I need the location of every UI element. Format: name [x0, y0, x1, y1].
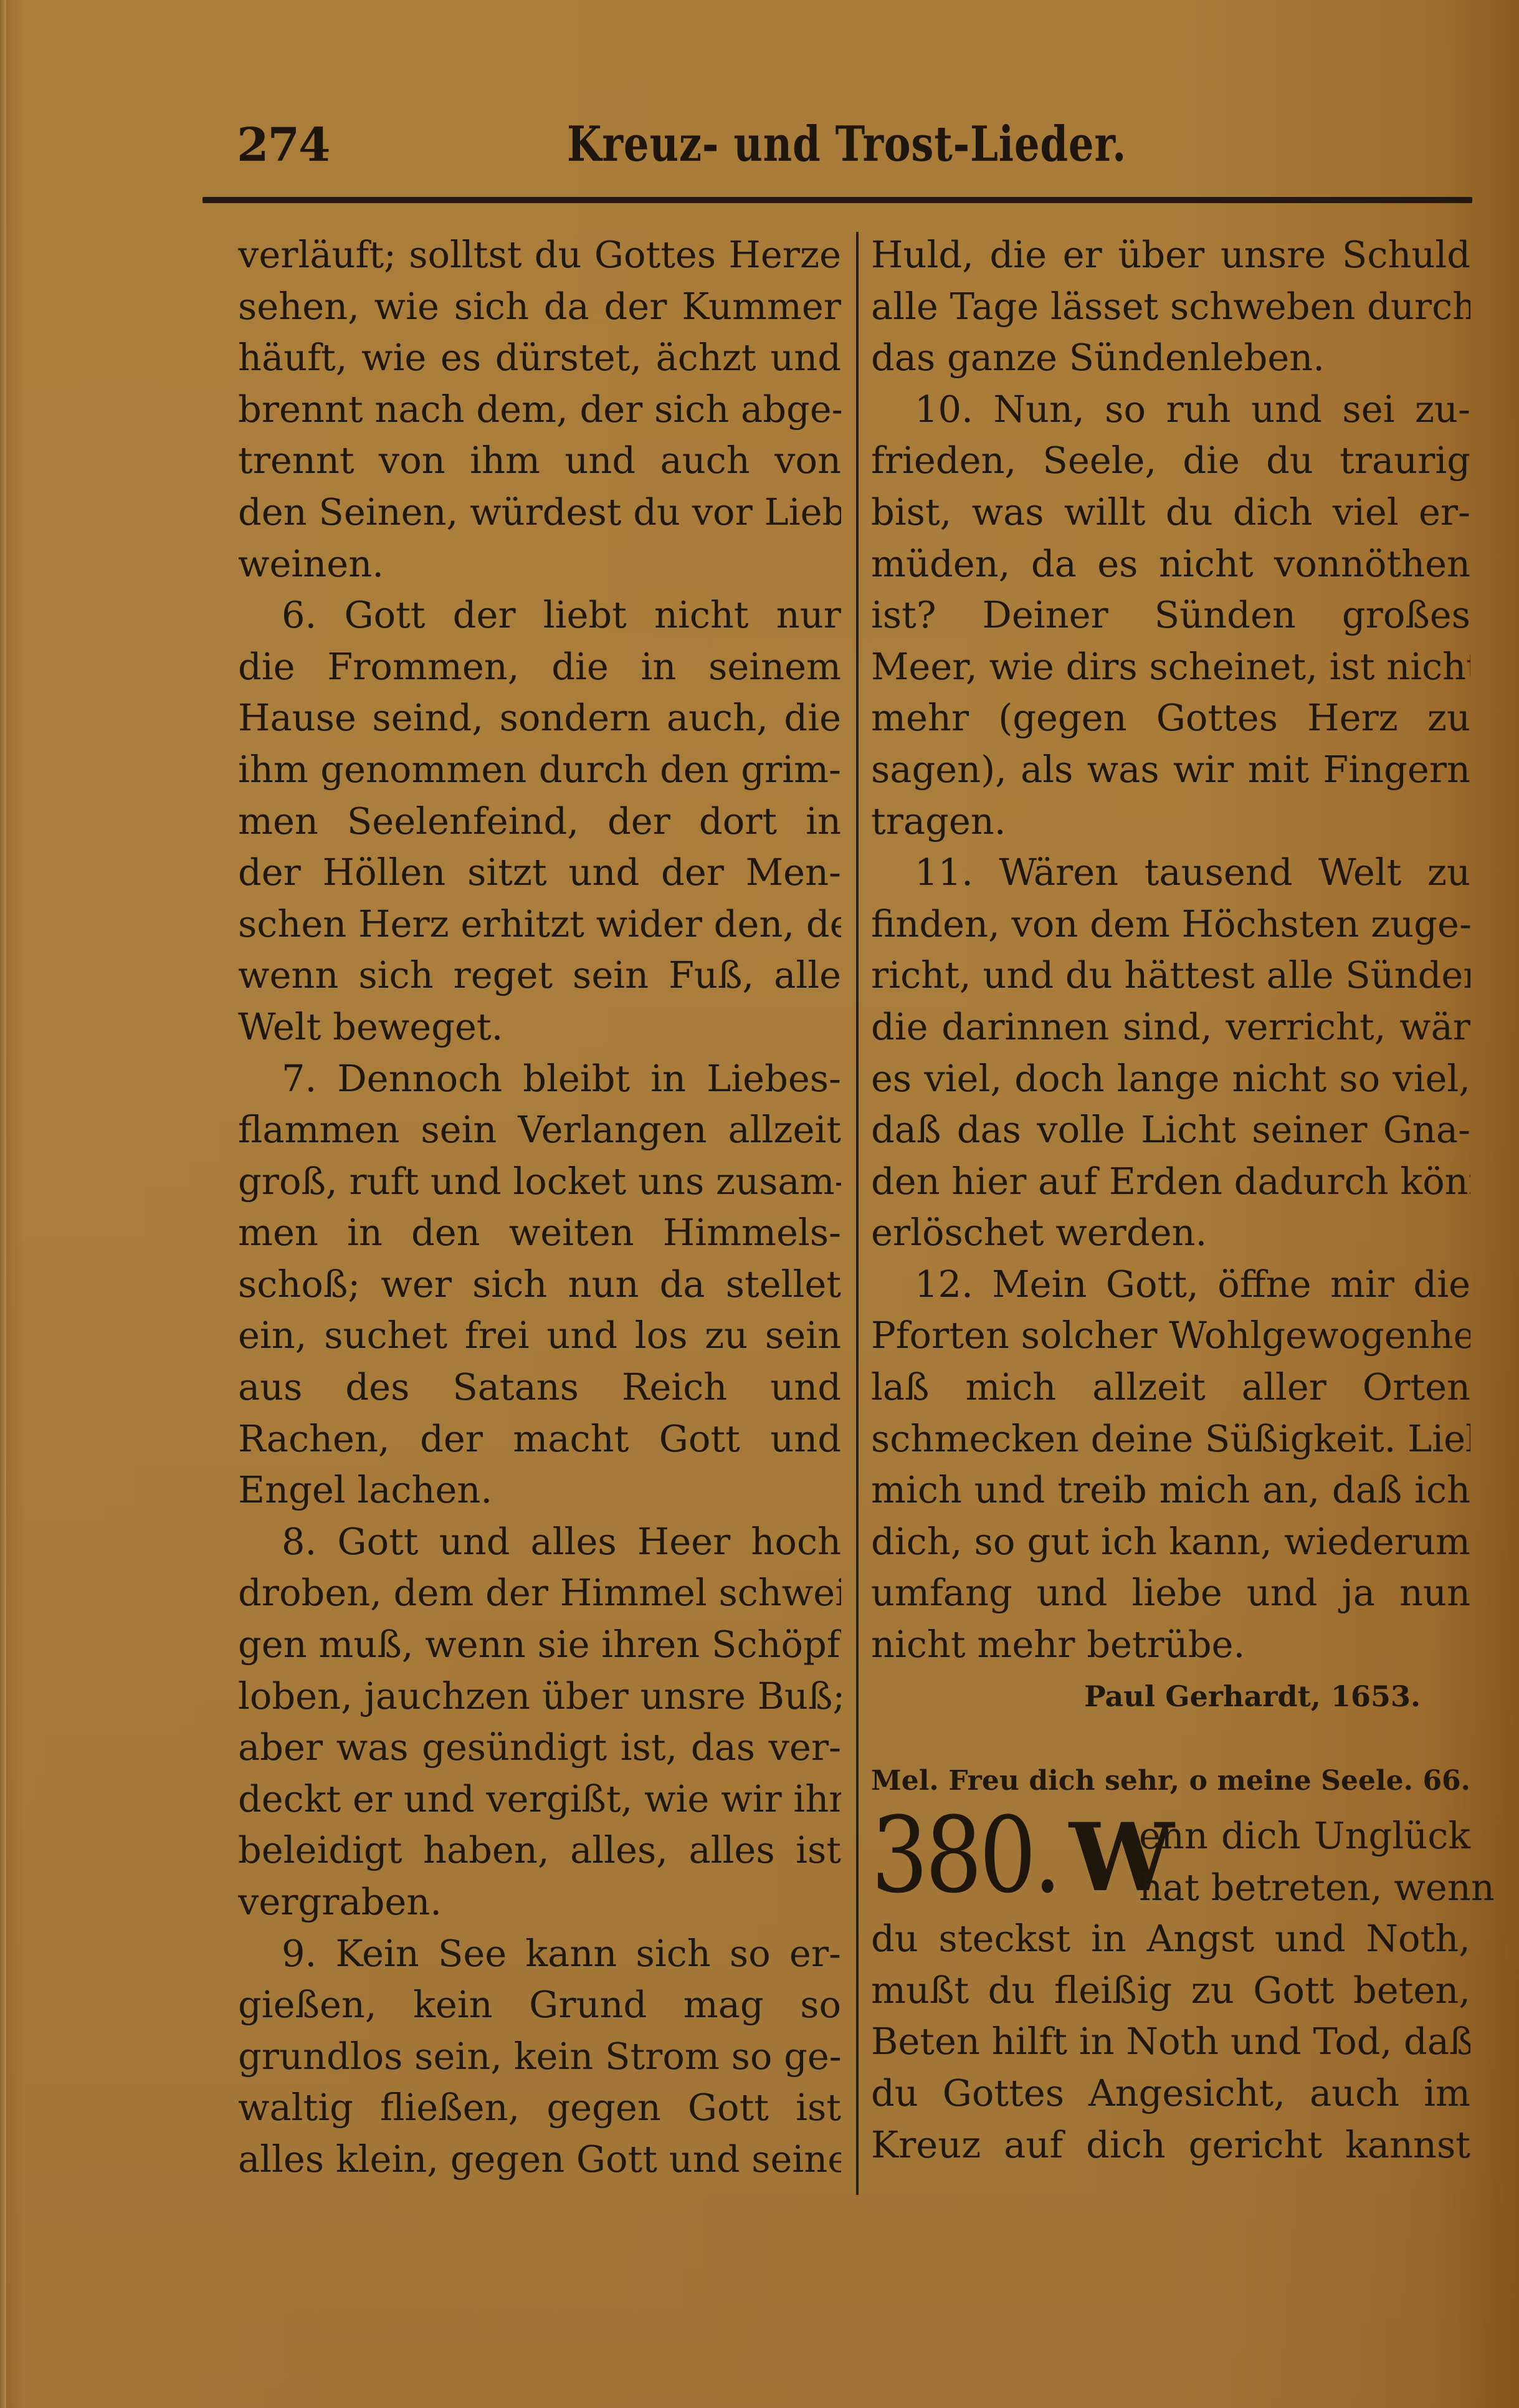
column-divider: [856, 232, 859, 2195]
text-line: ihm genommen durch den grim-: [238, 744, 841, 796]
text-line: Huld, die er über unsre Schuld: [871, 229, 1470, 281]
running-title: Kreuz- und Trost-Lieder.: [567, 116, 1126, 173]
text-line: gießen, kein Grund mag so: [238, 1979, 841, 2031]
text-line: Hause seind, sondern auch, die: [238, 692, 841, 744]
text-line: schmecken deine Süßigkeit. Liebe: [871, 1413, 1470, 1465]
text-line: schen Herz erhitzt wider den, der,: [238, 899, 841, 950]
text-line: frieden, Seele, die du traurig: [871, 435, 1470, 487]
page-edge: [0, 0, 6, 2408]
text-line: tragen.: [871, 796, 1470, 848]
text-line: die Frommen, die in seinem: [238, 641, 841, 693]
header-rule: [202, 197, 1472, 203]
text-line: Engel lachen.: [238, 1464, 841, 1516]
text-line: brennt nach dem, der sich abge-: [238, 384, 841, 436]
text-line: es viel, doch lange nicht so viel,: [871, 1053, 1470, 1105]
text-line: Beten hilft in Noth und Tod, daß: [871, 2016, 1470, 2068]
hymn-number: 380.: [871, 1799, 1059, 1911]
text-line: Meer, wie dirs scheinet, ist nicht: [871, 641, 1470, 693]
text-line: loben, jauchzen über unsre Buß;: [238, 1671, 841, 1722]
text-line: enn dich Unglück: [1139, 1810, 1470, 1862]
text-line: dich, so gut ich kann, wiederum: [871, 1516, 1470, 1568]
page-number: 274: [237, 118, 329, 172]
text-line: finden, von dem Höchsten zuge-: [871, 899, 1470, 950]
text-line: die darinnen sind, verricht, wär: [871, 1001, 1470, 1053]
text-line: den Seinen, würdest du vor Liebe: [238, 487, 841, 538]
text-line: alles klein, gegen Gott und seine: [238, 2134, 841, 2186]
text-line: umfang und liebe und ja nun: [871, 1567, 1470, 1619]
text-line: ein, suchet frei und los zu sein: [238, 1310, 841, 1362]
text-line: Pforten solcher Wohlgewogenheit;: [871, 1310, 1470, 1362]
text-line: müden, da es nicht vonnöthen: [871, 538, 1470, 590]
text-line: waltig fließen, gegen Gott ist: [238, 2082, 841, 2134]
text-line: verläuft; solltst du Gottes Herze: [238, 229, 841, 281]
verse-10-start: 10. Nun, so ruh und sei zu-: [871, 384, 1470, 436]
author-attribution: Paul Gerhardt, 1653.: [871, 1671, 1470, 1722]
left-column: verläuft; solltst du Gottes Herze sehen,…: [238, 229, 841, 2186]
text-line: groß, ruft und locket uns zusam-: [238, 1156, 841, 1208]
text-line: der Höllen sitzt und der Men-: [238, 847, 841, 899]
text-line: du Gottes Angesicht, auch im: [871, 2068, 1470, 2119]
text-line: grundlos sein, kein Strom so ge-: [238, 2031, 841, 2083]
text-line: men in den weiten Himmels-: [238, 1207, 841, 1259]
text-line: wenn sich reget sein Fuß, alle: [238, 950, 841, 1001]
text-line: laß mich allzeit aller Orten: [871, 1362, 1470, 1413]
text-line: mehr (gegen Gottes Herz zu: [871, 692, 1470, 744]
text-line: men Seelenfeind, der dort in: [238, 796, 841, 848]
text-line: häuft, wie es dürstet, ächzt und: [238, 332, 841, 384]
text-line: das ganze Sündenleben.: [871, 332, 1470, 384]
text-line: flammen sein Verlangen allzeit: [238, 1104, 841, 1156]
text-line: Kreuz auf dich gericht kannst: [871, 2119, 1470, 2171]
text-line: sagen), als was wir mit Fingern: [871, 744, 1470, 796]
verse-8-start: 8. Gott und alles Heer hoch: [238, 1516, 841, 1568]
text-line: du steckst in Angst und Noth,: [871, 1913, 1470, 1965]
text-line: beleidigt haben, alles, alles ist: [238, 1825, 841, 1876]
text-line: daß das volle Licht seiner Gna-: [871, 1104, 1470, 1156]
text-line: hat betreten, wenn: [1139, 1862, 1470, 1914]
text-line: bist, was willt du dich viel er-: [871, 487, 1470, 538]
verse-7-start: 7. Dennoch bleibt in Liebes-: [238, 1053, 841, 1105]
verse-12-start: 12. Mein Gott, öffne mir die: [871, 1259, 1470, 1311]
text-line: gen muß, wenn sie ihren Schöpfer: [238, 1619, 841, 1671]
page-header: 274 Kreuz- und Trost-Lieder.: [237, 112, 1470, 187]
text-line: mußt du fleißig zu Gott beten,: [871, 1965, 1470, 2017]
text-line: richt, und du hättest alle Sünden,: [871, 950, 1470, 1001]
text-line: aber was gesündigt ist, das ver-: [238, 1722, 841, 1774]
right-column: Huld, die er über unsre Schuld alle Tage…: [871, 229, 1470, 2171]
text-line: schoß; wer sich nun da stellet: [238, 1259, 841, 1311]
text-line: trennt von ihm und auch von: [238, 435, 841, 487]
text-line: den hier auf Erden dadurch könnt: [871, 1156, 1470, 1208]
text-line: erlöschet werden.: [871, 1207, 1470, 1259]
text-line: droben, dem der Himmel schwei-: [238, 1567, 841, 1619]
text-line: deckt er und vergißt, wie wir ihn: [238, 1774, 841, 1825]
verse-6-start: 6. Gott der liebt nicht nur: [238, 590, 841, 641]
text-line: ist? Deiner Sünden großes: [871, 590, 1470, 641]
text-line: alle Tage lässet schweben durch: [871, 281, 1470, 333]
text-line: Rachen, der macht Gott und: [238, 1413, 841, 1465]
text-line: mich und treib mich an, daß ich: [871, 1464, 1470, 1516]
text-line: Welt beweget.: [238, 1001, 841, 1053]
text-line: vergraben.: [238, 1876, 841, 1928]
text-line: aus des Satans Reich und: [238, 1362, 841, 1413]
text-line: nicht mehr betrübe.: [871, 1619, 1470, 1671]
verse-11-start: 11. Wären tausend Welt zu: [871, 847, 1470, 899]
hymn-380-heading: 380. W enn dich Unglück hat betreten, we…: [871, 1810, 1470, 1913]
text-line: sehen, wie sich da der Kummer: [238, 281, 841, 333]
text-line: weinen.: [238, 538, 841, 590]
verse-9-start: 9. Kein See kann sich so er-: [238, 1928, 841, 1980]
